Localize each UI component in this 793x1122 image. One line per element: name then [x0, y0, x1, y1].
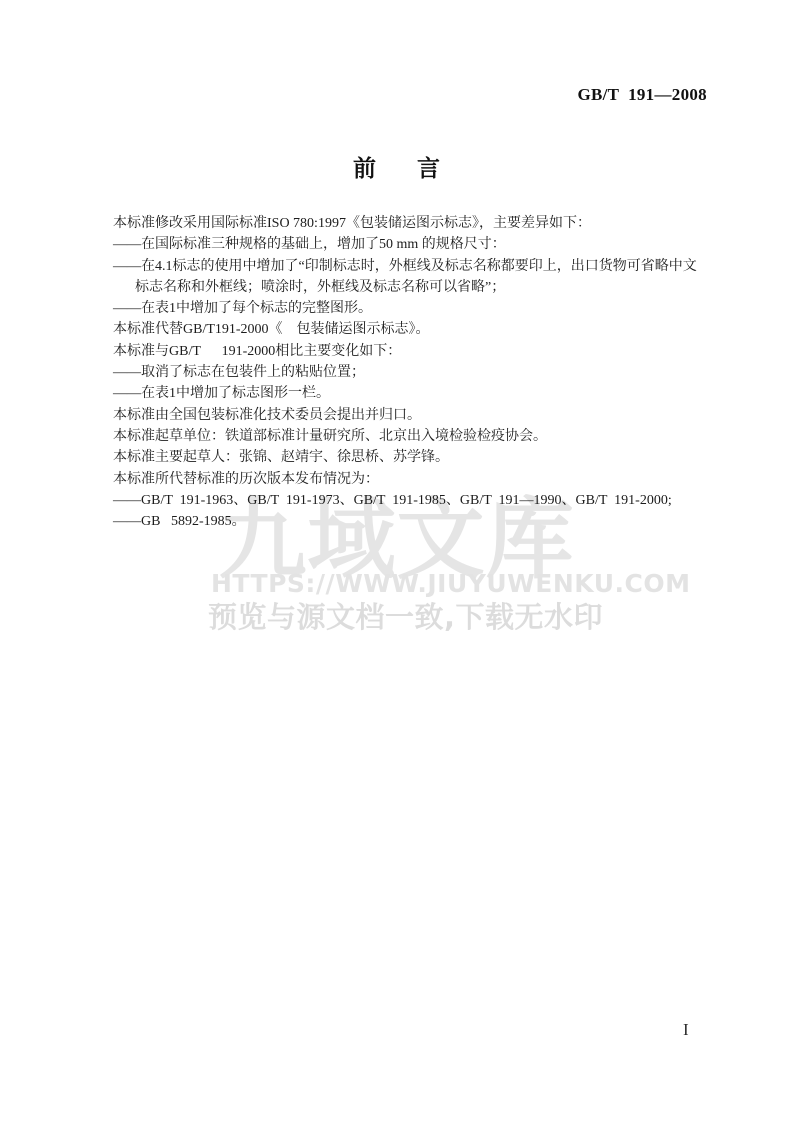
- body-line: ——在4.1标志的使用中增加了“印制标志时，外框线及标志名称都要印上，出口货物可…: [113, 256, 723, 277]
- standard-code: GB/T 191—2008: [577, 85, 707, 105]
- body-line: ——在国际标准三种规格的基础上，增加了50 mm 的规格尺寸：: [113, 234, 723, 255]
- body-line: 本标准由全国包装标准化技术委员会提出并归口。: [113, 405, 723, 426]
- body-line: ——取消了标志在包装件上的粘贴位置；: [113, 362, 723, 383]
- body-line: 标志名称和外框线；喷涂时，外框线及标志名称可以省略”；: [113, 277, 723, 298]
- body-line: ——GB 5892-1985。: [113, 511, 723, 532]
- foreword-title: 前 言: [0, 150, 793, 183]
- body-line: 本标准代替GB/T191-2000《 包装储运图示标志》。: [113, 319, 723, 340]
- foreword-body: 本标准修改采用国际标准ISO 780:1997《包装储运图示标志》，主要差异如下…: [113, 213, 723, 532]
- body-line: ——在表1中增加了每个标志的完整图形。: [113, 298, 723, 319]
- watermark-url-text: HTTPS://WWW.JIUYUWENKU.COM: [211, 570, 690, 598]
- body-line: 本标准与GB/T 191-2000相比主要变化如下：: [113, 341, 723, 362]
- body-line: ——GB/T 191-1963、GB/T 191-1973、GB/T 191-1…: [113, 490, 723, 511]
- body-line: ——在表1中增加了标志图形一栏。: [113, 383, 723, 404]
- watermark-tagline-text: 预览与源文档一致,下载无水印: [208, 602, 603, 634]
- body-line: 本标准修改采用国际标准ISO 780:1997《包装储运图示标志》，主要差异如下…: [113, 213, 723, 234]
- body-line: 本标准起草单位：铁道部标准计量研究所、北京出入境检验检疫协会。: [113, 426, 723, 447]
- page-number: I: [683, 1020, 689, 1040]
- document-page: 九域文库 HTTPS://WWW.JIUYUWENKU.COM 预览与源文档一致…: [0, 0, 793, 1122]
- body-line: 本标准主要起草人：张锦、赵靖宇、徐思桥、苏学锋。: [113, 447, 723, 468]
- body-line: 本标准所代替标准的历次版本发布情况为：: [113, 469, 723, 490]
